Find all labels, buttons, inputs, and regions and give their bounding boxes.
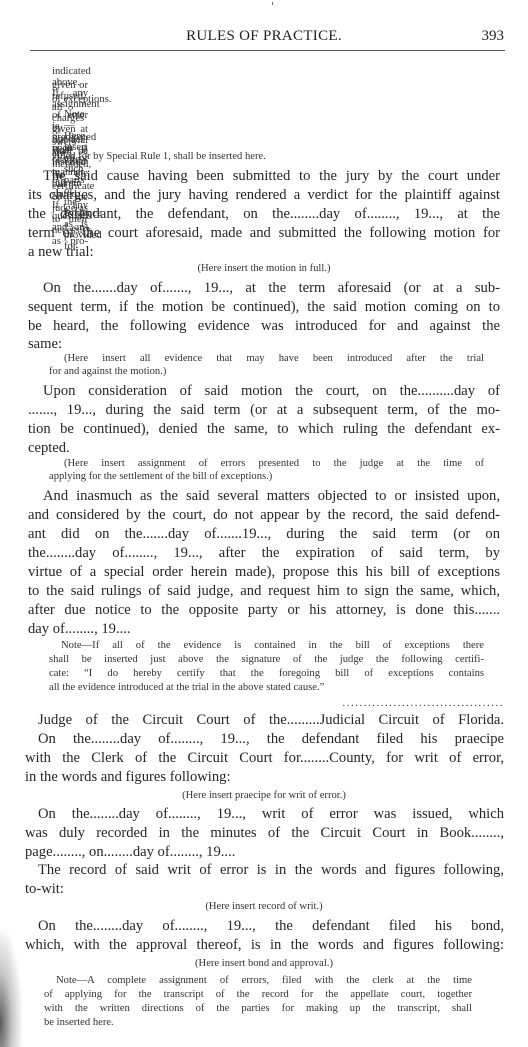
text-line: in the words and figures following: xyxy=(25,769,504,786)
text-line: day of........, 19.... xyxy=(28,621,500,638)
note-line: be inserted here. xyxy=(44,1017,472,1028)
text-line: Upon consideration of said motion the co… xyxy=(43,383,500,400)
note-line: of applying for the transcript of the re… xyxy=(44,989,472,1000)
note-line: Note—If all of the evidence is contained… xyxy=(61,640,484,651)
note-line: (Here insert all evidence that may have … xyxy=(64,353,484,364)
text-line: to the said rulings of said judge, and r… xyxy=(28,583,500,600)
text-line: was duly recorded in the minutes of the … xyxy=(25,825,504,842)
text-line: with the Clerk of the Circuit Court for.… xyxy=(25,750,504,767)
text-line: The said cause having been submitted to … xyxy=(43,168,500,185)
text-line: be heard, the following evidence was int… xyxy=(28,318,500,335)
text-line: and considered by the court, do not appe… xyxy=(28,507,500,524)
note-line: vided for by Special Rule 1, shall be in… xyxy=(52,151,88,162)
scan-speck xyxy=(272,2,273,5)
text-line: same: xyxy=(28,336,500,353)
text-line: On the........day of........, 19..., wri… xyxy=(38,806,504,823)
note-line: Note—A complete assignment of errors, fi… xyxy=(56,975,472,986)
document-page: RULES OF PRACTICE. 393 indicated above. … xyxy=(0,0,528,1047)
text-line: ant did on the.......day of.......19...,… xyxy=(28,526,500,543)
text-line: to-wit: xyxy=(25,881,504,898)
text-line: term of the court aforesaid, made and su… xyxy=(28,225,500,242)
text-line: a new trial: xyxy=(28,244,500,261)
text-line: which, with the approval thereof, is in … xyxy=(25,937,504,954)
note-line: (Here insert bond and approval.) xyxy=(0,958,528,969)
note-line: for and against the motion.) xyxy=(49,366,484,377)
note-line: applying for the settlement of the bill … xyxy=(49,471,484,482)
text-line: tion be continued), denied the same, to … xyxy=(28,421,500,438)
text-line: the........day of........, 19..., after … xyxy=(28,545,500,562)
note-line: shall be inserted just above the signatu… xyxy=(49,654,484,665)
text-line: On the........day of........, 19..., the… xyxy=(38,918,504,935)
note-line: (Here insert assignment of errors presen… xyxy=(64,458,484,469)
note-line: (Here insert the motion in full.) xyxy=(0,263,528,274)
note-line: all the evidence introduced at the trial… xyxy=(49,682,484,693)
text-line: ......., 19..., during the said term (or… xyxy=(28,402,500,419)
note-line: (Here insert praecipe for writ of error.… xyxy=(0,790,528,801)
text-line: On the........day of........, 19..., the… xyxy=(38,731,504,748)
text-line: cepted. xyxy=(28,440,500,457)
scan-edge-shadow xyxy=(0,930,22,1047)
text-line: its charges, and the jury having rendere… xyxy=(28,187,500,204)
text-line: the defendant, the defendant, on the....… xyxy=(28,206,500,223)
note-line: ...................................... xyxy=(343,698,504,709)
text-line: The record of said writ of error is in t… xyxy=(38,862,504,879)
text-line: sequent term, if the motion be continued… xyxy=(28,299,500,316)
note-line: with the written directions of the parti… xyxy=(44,1003,472,1014)
note-line: cate: “I do hereby certify that the fore… xyxy=(49,668,484,679)
running-header-title: RULES OF PRACTICE. xyxy=(0,28,528,45)
text-line: And inasmuch as the said several matters… xyxy=(43,488,500,505)
text-line: after due notice to the opposite party o… xyxy=(28,602,500,619)
text-line: Judge of the Circuit Court of the.......… xyxy=(38,712,504,729)
text-line: page........, on........day of........, … xyxy=(25,844,504,861)
header-rule xyxy=(30,50,505,51)
text-line: virtue of a special order herein made), … xyxy=(28,564,500,581)
note-line: of exceptions. xyxy=(52,94,88,105)
note-line: (Here insert record of writ.) xyxy=(0,901,528,912)
text-line: On the.......day of......., 19..., at th… xyxy=(43,280,500,297)
page-number: 393 xyxy=(482,28,505,45)
